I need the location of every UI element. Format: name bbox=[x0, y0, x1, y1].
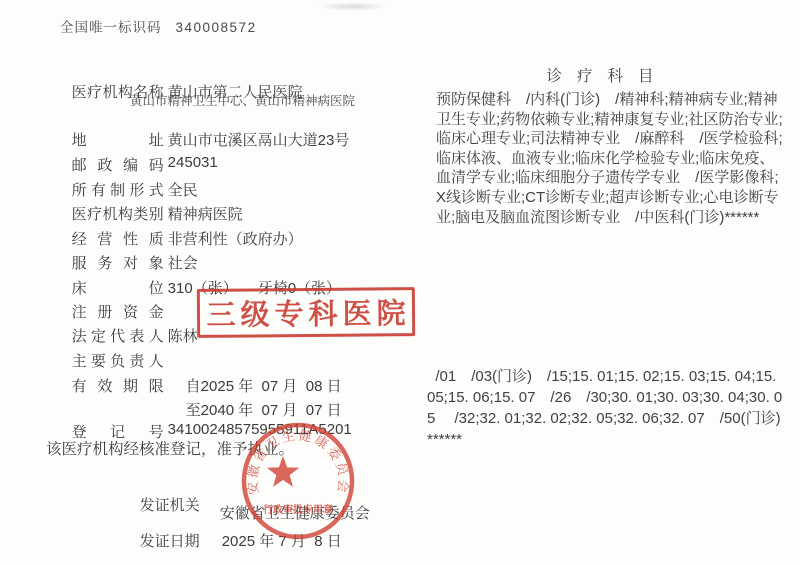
uid-label: 全国唯一标识码 bbox=[60, 20, 162, 35]
issuing-authority-label: 发证机关 bbox=[140, 497, 200, 514]
medical-license-document: 全国唯一标识码340008572 医疗机构名称黄山市第二人民医院 黄山市精神卫生… bbox=[0, 0, 800, 565]
hospital-grade-text: 三级专科医院 bbox=[206, 291, 410, 334]
seal-inner-text: 行政审批专用章 bbox=[263, 503, 333, 516]
diagnosis-subjects-title: 诊疗科目 bbox=[420, 64, 780, 86]
legal-representative-value: 陈林 bbox=[168, 328, 198, 345]
scan-artifact bbox=[318, 2, 388, 11]
official-seal: 安徽省卫生健康委员会 行政审批专用章 bbox=[236, 419, 360, 545]
seal-star-icon bbox=[267, 456, 299, 487]
uid-value: 340008572 bbox=[176, 20, 257, 35]
hospital-grade-stamp: 三级专科医院 bbox=[197, 287, 415, 338]
national-unique-id-row: 全国唯一标识码340008572 bbox=[60, 16, 257, 36]
issue-date-label: 发证日期 bbox=[140, 533, 200, 550]
diagnosis-subject-codes: /01 /03(门诊) /15;15. 01;15. 02;15. 03;15.… bbox=[427, 366, 785, 450]
org-alias: 黄山市精神卫生中心、黄山市精神病医院 bbox=[130, 91, 355, 109]
diagnosis-subjects-text: 预防保健科 /内科(门诊) /精神科;精神病专业;精神卫生专业;药物依赖专业;精… bbox=[436, 90, 786, 227]
